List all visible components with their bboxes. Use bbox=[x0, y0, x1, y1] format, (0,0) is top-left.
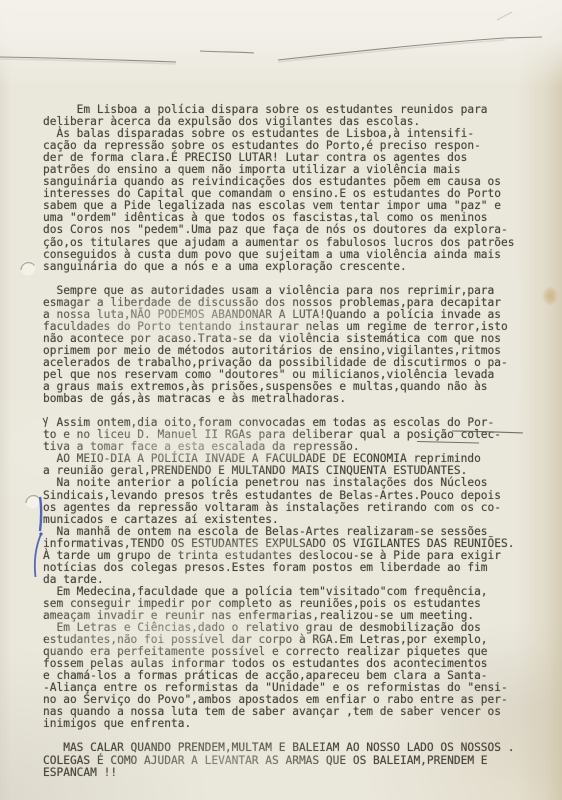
text-line: os agentes da repressão voltaram às inst… bbox=[43, 502, 543, 514]
text-line: Sindicais,levando presos três estudantes… bbox=[43, 490, 543, 502]
text-line: dos Coros nos "pedem".Uma paz que faça d… bbox=[43, 224, 543, 236]
text-line: informativas,TENDO OS ESTUDANTES EXPULSA… bbox=[43, 538, 543, 550]
text-line: municados e cartazes aí existentes. bbox=[43, 514, 543, 526]
stain-spot bbox=[542, 286, 558, 306]
text-line: MAS CALAR QUANDO PRENDEM,MULTAM E BALEIA… bbox=[43, 742, 543, 754]
punch-hole-top-icon bbox=[21, 261, 36, 276]
text-line: Sempre que as autoridades usam a violênc… bbox=[43, 285, 543, 297]
blue-pen-margin-mark-1 bbox=[40, 497, 41, 531]
blue-pen-margin-mark-2 bbox=[35, 534, 41, 577]
scanned-document-page: Em Lisboa a polícia dispara sobre os est… bbox=[0, 0, 562, 800]
text-line: COLEGAS É COMO AJUDAR A LEVANTAR AS ARMA… bbox=[43, 755, 543, 767]
text-line: À tarde um grupo de trinta estudantes de… bbox=[43, 550, 543, 562]
text-line: Na manhã de ontem na escola de Belas-Art… bbox=[43, 526, 543, 538]
text-line: sanguinária do que a nós e a uma explora… bbox=[43, 261, 543, 273]
faint-corner-mark bbox=[497, 12, 512, 20]
text-line: ESPANCAM !! bbox=[43, 767, 543, 779]
text-line: bombas de gás,às matracas e às metralhad… bbox=[43, 393, 543, 405]
text-line: Na noite anterior a polícia penetrou nas… bbox=[43, 477, 543, 489]
fold-crease-shadow bbox=[0, 40, 505, 64]
text-line: notícias dos colegas presos.Estes foram … bbox=[43, 562, 543, 574]
text-line: ção,os titulares que ajudam a aumentar o… bbox=[43, 237, 543, 249]
fold-crease-line bbox=[0, 37, 542, 62]
text-line: inimigos que enfrenta. bbox=[43, 718, 543, 730]
text-line bbox=[43, 273, 543, 285]
punch-hole-bottom-icon bbox=[26, 494, 41, 509]
text-line: conseguidos à custa dum povo que sujeita… bbox=[43, 249, 543, 261]
document-text: Em Lisboa a polícia dispara sobre os est… bbox=[43, 104, 543, 779]
text-line: esmagar a liberdade de discussão dos nos… bbox=[43, 297, 543, 309]
